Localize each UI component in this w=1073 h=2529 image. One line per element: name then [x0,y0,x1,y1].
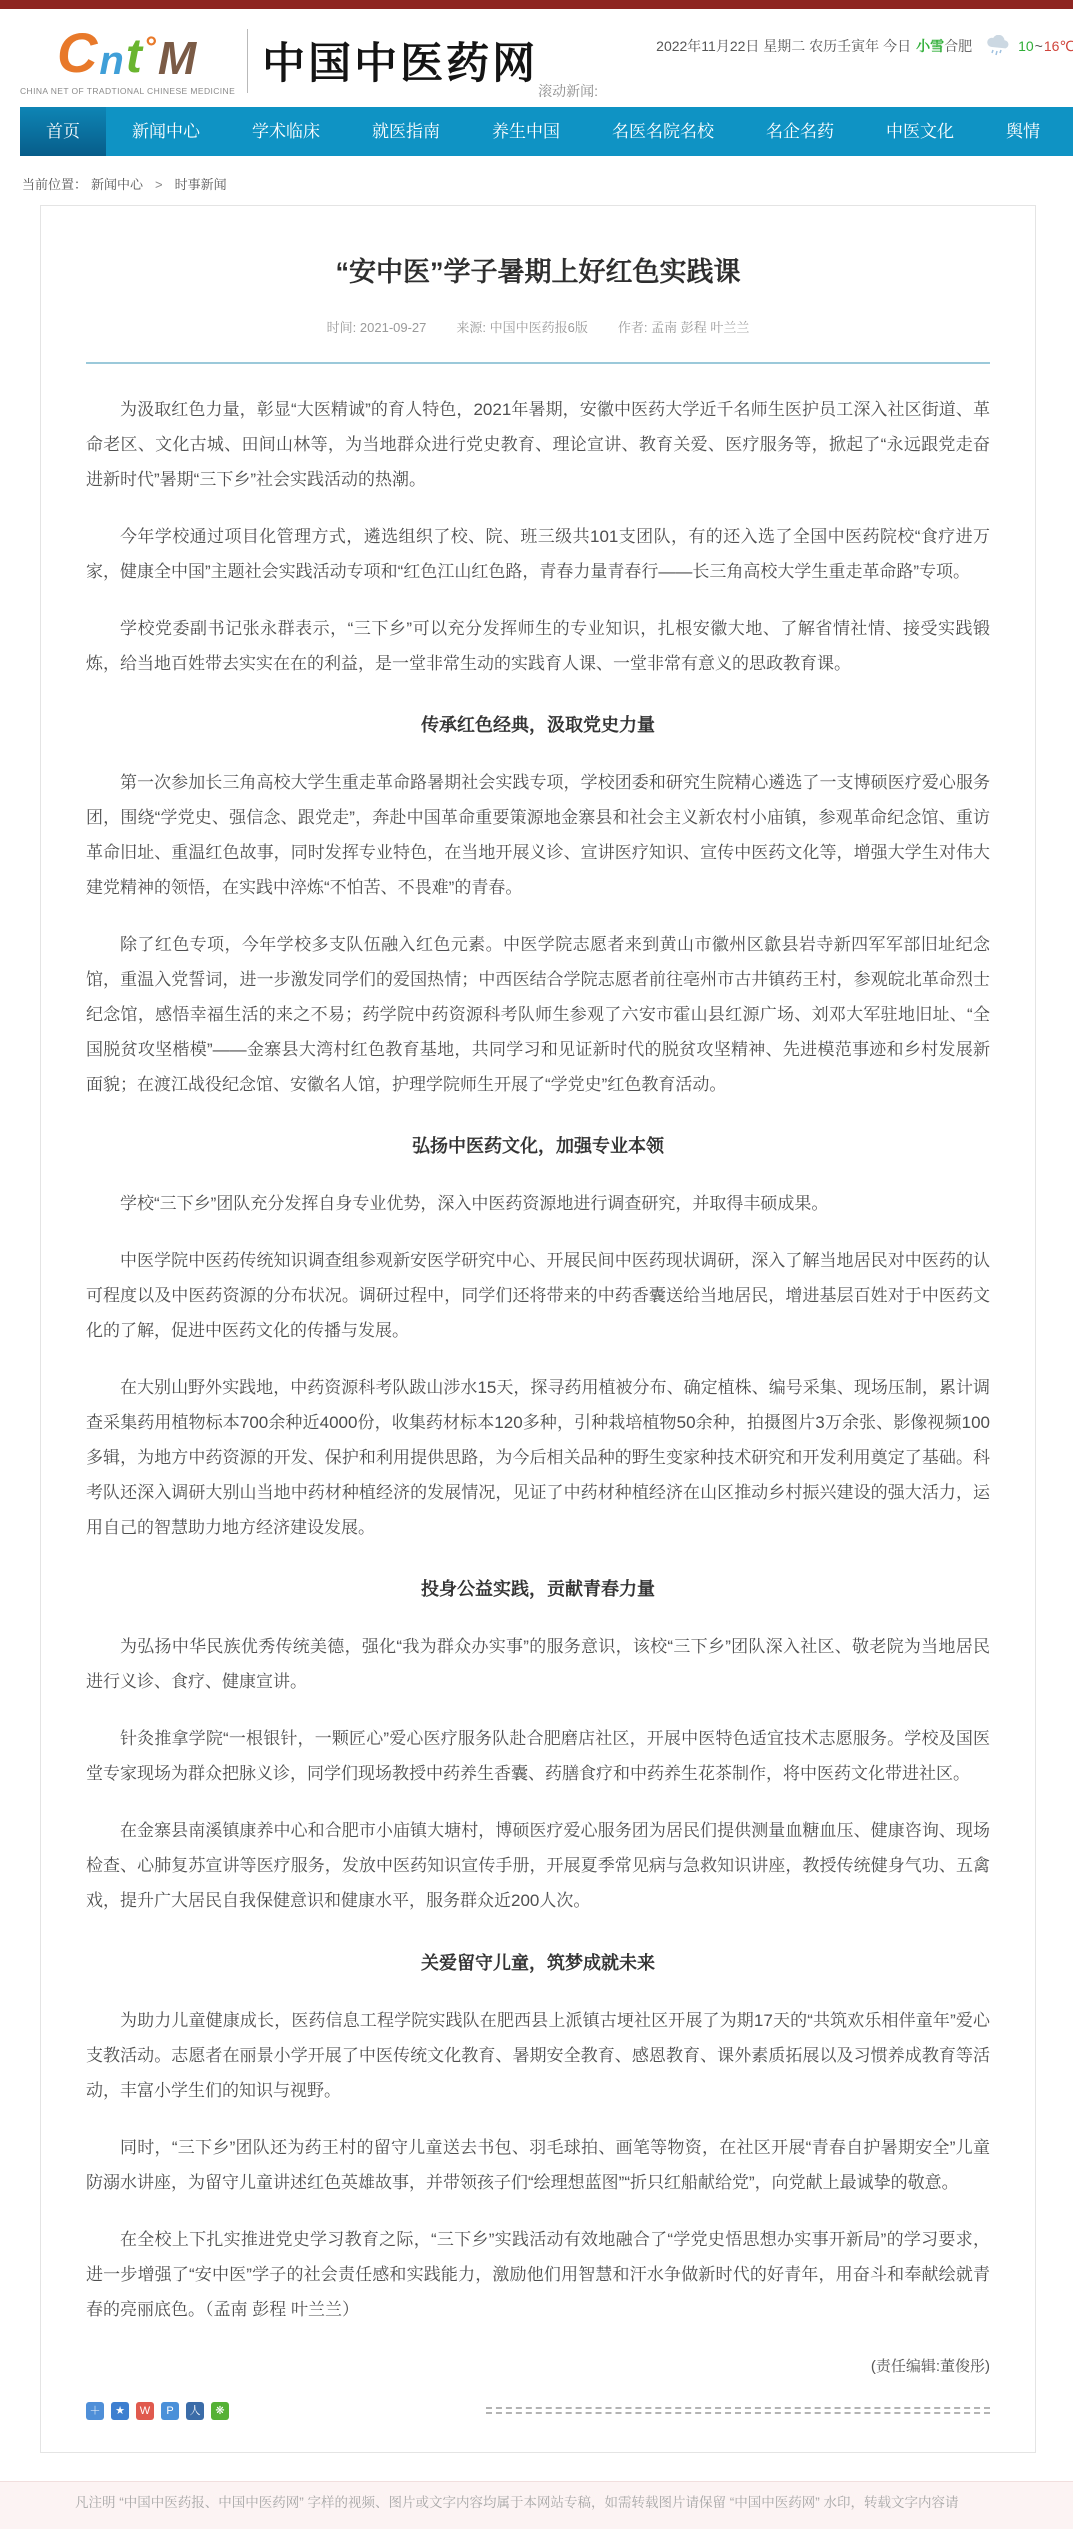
breadcrumb: 当前位置：新闻中心>时事新闻 [22,174,1073,193]
nav-item-首页[interactable]: 首页 [20,107,106,156]
article-paragraph: 在全校上下扎实推进党史学习教育之际，“三下乡”实践活动有效地融合了“学党史悟思想… [86,2222,990,2327]
article-meta-segment: 来源: 中国中医药报6版 [456,320,587,335]
section-heading: 弘扬中医药文化，加强专业本领 [86,1132,990,1158]
breadcrumb-link[interactable]: 新闻中心 [91,177,143,192]
article-meta-segment: 作者: 孟南 彭程 叶兰兰 [618,320,749,335]
footer-copyright: 凡注明 “中国中医药报、中国中医药网” 字样的视频、图片或文字内容均属于本网站专… [0,2481,1073,2529]
article-body: 为汲取红色力量，彰显“大医精诚”的育人特色，2021年暑期，安徽中医药大学近千名… [86,392,990,2327]
share-weibo-icon[interactable]: W [136,2402,154,2420]
weather-widget: 合肥 10~16℃ [944,35,1073,57]
temp-separator: ~ [1035,38,1043,54]
article-paragraph: 针灸推拿学院“一根银针，一颗匠心”爱心医疗服务队赴合肥磨店社区，开展中医特色适宜… [86,1721,990,1791]
rain-cloud-icon [984,35,1012,57]
header-right: 2022年11月22日 星期二 农历壬寅年 今日小雪 合肥 10~16℃ 滚动新… [538,25,1073,101]
article-meta-segment: 时间: 2021-09-27 [327,320,427,335]
share-renren-icon[interactable]: 人 [186,2402,204,2420]
logo-letter: M [158,35,198,81]
article-paragraph: 为助力儿童健康成长，医药信息工程学院实践队在肥西县上派镇古埂社区开展了为期17天… [86,2003,990,2108]
article-title: “安中医”学子暑期上好红色实践课 [86,250,990,289]
article-paragraph: 今年学校通过项目化管理方式，遴选组织了校、院、班三级共101支团队，有的还入选了… [86,519,990,589]
logo-letter: C [57,25,99,81]
article-paragraph: 为汲取红色力量，彰显“大医精诚”的育人特色，2021年暑期，安徽中医药大学近千名… [86,392,990,497]
dashed-divider [486,2407,990,2414]
share-qzone-icon[interactable]: ★ [111,2402,129,2420]
logo-letter: ° [144,33,158,63]
date-row: 2022年11月22日 星期二 农历壬寅年 今日小雪 合肥 10~16℃ [538,35,1073,57]
site-logo[interactable]: Cnt°M CHINA NET OF TRADTIONAL CHINESE ME… [20,25,538,96]
nav-item-新闻中心[interactable]: 新闻中心 [106,107,226,156]
main-nav: 首页新闻中心学术临床就医指南养生中国名医名院名校名企名药中医文化舆情 [20,107,1073,156]
logo-divider [247,29,248,93]
share-baidu-icon[interactable]: P [161,2402,179,2420]
logo-letter: t [126,33,144,81]
article-paragraph: 为弘扬中华民族优秀传统美德，强化“我为群众办实事”的服务意识，该校“三下乡”团队… [86,1629,990,1699]
nav-item-中医文化[interactable]: 中医文化 [860,107,980,156]
editor-note: (责任编辑:董俊彤) [86,2355,990,2376]
logo-mark: Cnt°M CHINA NET OF TRADTIONAL CHINESE ME… [20,25,235,96]
site-name: 中国中医药网 [262,30,538,91]
site-header: Cnt°M CHINA NET OF TRADTIONAL CHINESE ME… [0,9,1073,107]
section-heading: 投身公益实践，贡献青春力量 [86,1575,990,1601]
article-meta: 时间: 2021-09-27来源: 中国中医药报6版作者: 孟南 彭程 叶兰兰 [86,317,990,336]
breadcrumb-separator: > [155,177,163,192]
article-paragraph: 除了红色专项，今年学校多支队伍融入红色元素。中医学院志愿者来到黄山市徽州区歙县岩… [86,927,990,1102]
nav-item-名医名院名校[interactable]: 名医名院名校 [586,107,740,156]
temp-low: 10 [1018,38,1034,54]
nav-item-学术临床[interactable]: 学术临床 [226,107,346,156]
nav-item-养生中国[interactable]: 养生中国 [466,107,586,156]
article-paragraph: 在大别山野外实践地，中药资源科考队跋山涉水15天，探寻药用植被分布、确定植株、编… [86,1370,990,1545]
article-paragraph: 同时，“三下乡”团队还为药王村的留守儿童送去书包、羽毛球拍、画笔等物资，在社区开… [86,2130,990,2200]
nav-item-舆情[interactable]: 舆情 [980,107,1066,156]
date-text: 2022年11月22日 星期二 农历壬寅年 今日小雪 [656,36,944,56]
logo-letter: n [99,41,125,81]
share-icons: ＋★WP人❋ [86,2402,236,2420]
section-heading: 关爱留守儿童，筑梦成就未来 [86,1949,990,1975]
nav-item-就医指南[interactable]: 就医指南 [346,107,466,156]
brand-top-bar [0,0,1073,9]
article-container: “安中医”学子暑期上好红色实践课 时间: 2021-09-27来源: 中国中医药… [40,205,1036,2453]
article-paragraph: 学校党委副书记张永群表示，“三下乡”可以充分发挥师生的专业知识，扎根安徽大地、了… [86,611,990,681]
meta-divider [86,362,990,364]
breadcrumb-link[interactable]: 时事新闻 [175,177,227,192]
share-row: ＋★WP人❋ [86,2402,990,2420]
logo-letters: Cnt°M [57,25,198,81]
share-wechat-icon[interactable]: ❋ [211,2402,229,2420]
nav-item-名企名药[interactable]: 名企名药 [740,107,860,156]
scroll-news-label: 滚动新闻: [538,81,1073,101]
article-paragraph: 中医学院中医药传统知识调查组参观新安医学研究中心、开展民间中医药现状调研，深入了… [86,1243,990,1348]
breadcrumb-label: 当前位置： [22,177,87,192]
weather-city: 合肥 [944,36,972,56]
section-heading: 传承红色经典，汲取党史力量 [86,711,990,737]
date-line: 2022年11月22日 星期二 农历壬寅年 今日 [656,38,911,54]
temp-high: 16℃ [1044,38,1073,55]
solar-term: 小雪 [916,38,944,54]
article-paragraph: 学校“三下乡”团队充分发挥自身专业优势，深入中医药资源地进行调查研究，并取得丰硕… [86,1186,990,1221]
article-paragraph: 在金寨县南溪镇康养中心和合肥市小庙镇大塘村，博硕医疗爱心服务团为居民们提供测量血… [86,1813,990,1918]
article-paragraph: 第一次参加长三角高校大学生重走革命路暑期社会实践专项，学校团委和研究生院精心遴选… [86,765,990,905]
share-more-icon[interactable]: ＋ [86,2402,104,2420]
logo-tagline: CHINA NET OF TRADTIONAL CHINESE MEDICINE [20,86,235,96]
